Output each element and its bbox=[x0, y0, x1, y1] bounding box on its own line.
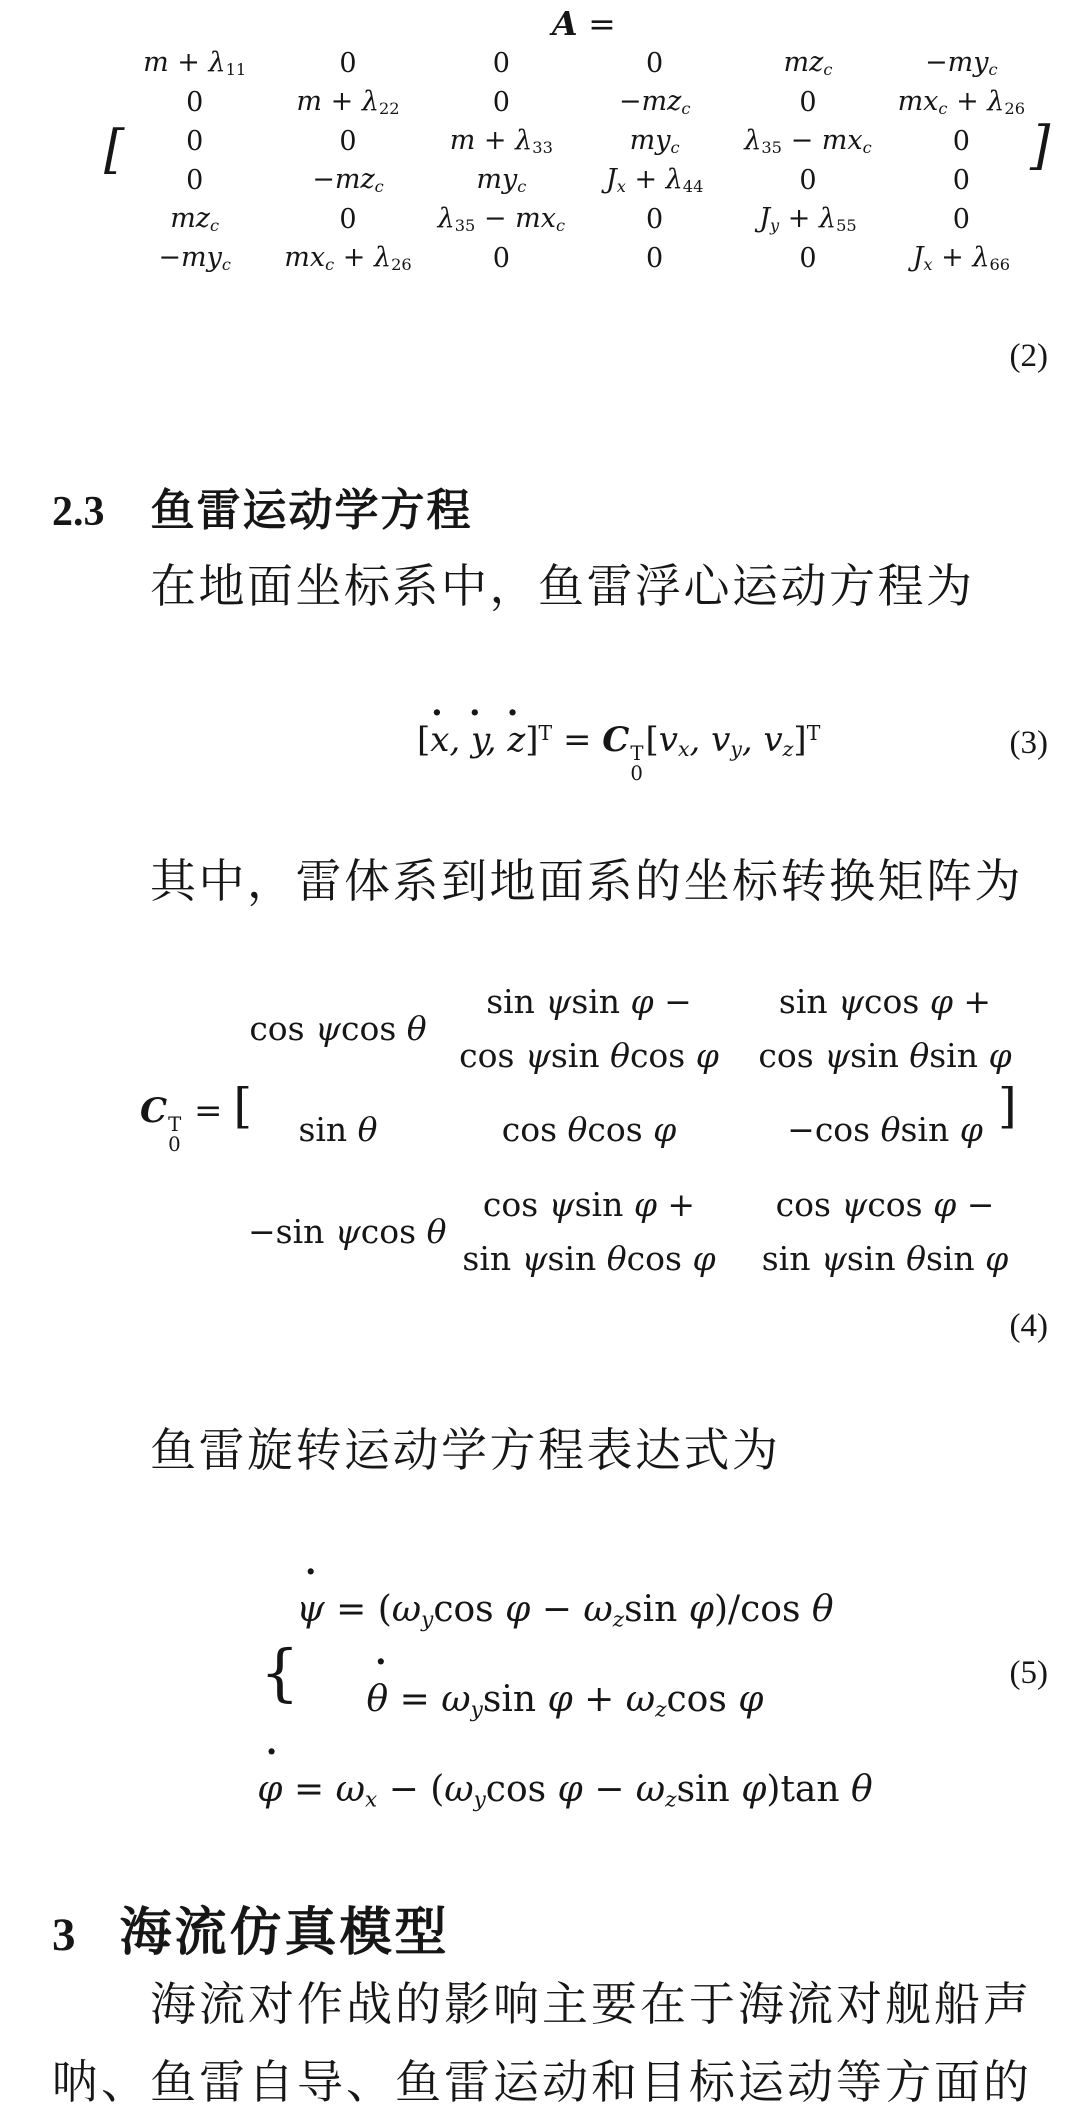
matrix-cell: 0 bbox=[271, 204, 424, 235]
matrix-C-right-bracket: ] bbox=[998, 1078, 1017, 1134]
matrix-cell: 0 bbox=[885, 126, 1038, 157]
zero-subscript: 0 bbox=[168, 1135, 181, 1155]
matrix-row: 00m + λ33mycλ35 − mxc0 bbox=[118, 122, 1038, 161]
derivative-dot: · bbox=[375, 1640, 388, 1684]
section-heading-2-3: 2.3鱼雷运动学方程 bbox=[52, 474, 473, 538]
matrix-cell: 0 bbox=[271, 48, 424, 79]
paper-page: A = [ m + λ11000mzc−myc0m + λ220−mzc0mxc… bbox=[0, 0, 1080, 2118]
matrix-cell: Jx + λ44 bbox=[578, 164, 731, 196]
matrix-cell: 0 bbox=[118, 87, 271, 118]
matrix-cell: sin ψcos φ +cos ψsin θsin φ bbox=[750, 970, 1020, 1088]
derivative-dots: ··· bbox=[431, 693, 545, 733]
paragraph-rotation-intro: 鱼雷旋转运动学方程表达式为 bbox=[150, 1414, 781, 1480]
matrix-cell: cos ψcos θ bbox=[248, 970, 428, 1088]
matrix-cell: mzc bbox=[731, 47, 884, 79]
equation-2-lhs: A = bbox=[552, 4, 616, 43]
matrix-cell: myc bbox=[578, 125, 731, 157]
matrix-row: m + λ11000mzc−myc bbox=[118, 44, 1038, 83]
section-heading-3: 3海流仿真模型 bbox=[52, 1890, 450, 1965]
matrix-cell: cos ψcos φ −sin ψsin θsin φ bbox=[750, 1172, 1020, 1292]
paragraph-current-impact-line1: 海流对作战的影响主要在于海流对舰船声 bbox=[150, 1968, 1032, 2034]
matrix-cell: m + λ11 bbox=[118, 47, 271, 79]
matrix-cell: 0 bbox=[578, 243, 731, 274]
matrix-cell: −mzc bbox=[578, 86, 731, 118]
C-matrix-symbol: C bbox=[140, 1091, 167, 1131]
derivative-dot: · bbox=[265, 1730, 278, 1774]
equation-4-label: (4) bbox=[1010, 1308, 1048, 1345]
matrix-cell: 0 bbox=[731, 243, 884, 274]
matrix-cell: −myc bbox=[885, 47, 1038, 79]
matrix-cell: mzc bbox=[118, 203, 271, 235]
equation-5-label: (5) bbox=[1010, 1655, 1048, 1692]
matrix-cell: 0 bbox=[271, 126, 424, 157]
phi-equation: φ = ωx − (ωycos φ − ωzsin φ)tan θ bbox=[257, 1769, 872, 1810]
matrix-cell: −sin ψcos θ bbox=[248, 1172, 428, 1292]
matrix-A-symbol: A bbox=[552, 4, 578, 43]
matrix-cell: 0 bbox=[425, 48, 578, 79]
matrix-cell: sin ψsin φ −cos ψsin θcos φ bbox=[443, 970, 735, 1088]
matrix-C-grid: cos ψcos θ sin ψsin φ −cos ψsin θcos φ s… bbox=[248, 970, 1020, 1292]
C-matrix-scripts: T0 bbox=[168, 1115, 181, 1154]
matrix-cell: 0 bbox=[578, 204, 731, 235]
section-2-3-title: 鱼雷运动学方程 bbox=[151, 486, 473, 535]
matrix-cell: cos θcos φ bbox=[443, 1088, 735, 1172]
matrix-cell: 0 bbox=[885, 165, 1038, 196]
matrix-cell: 0 bbox=[425, 243, 578, 274]
equals-sign: = bbox=[588, 4, 616, 43]
section-3-title: 海流仿真模型 bbox=[120, 1905, 450, 1962]
matrix-cell: sin θ bbox=[248, 1088, 428, 1172]
matrix-A-right-bracket: ] bbox=[1030, 120, 1050, 172]
paragraph-current-impact-line2: 呐、鱼雷自导、鱼雷运动和目标运动等方面的 bbox=[52, 2046, 1032, 2112]
zero-subscript: 0 bbox=[630, 764, 643, 784]
matrix-cell: mxc + λ26 bbox=[885, 86, 1038, 118]
matrix-cell: 0 bbox=[885, 204, 1038, 235]
section-2-3-number: 2.3 bbox=[52, 489, 105, 535]
matrix-row: 0−mzcmycJx + λ4400 bbox=[118, 161, 1038, 200]
equation-3-label: (3) bbox=[1010, 725, 1048, 762]
matrix-cell: Jy + λ55 bbox=[731, 203, 884, 235]
matrix-cell: 0 bbox=[118, 126, 271, 157]
matrix-cell: m + λ22 bbox=[271, 86, 424, 118]
matrix-cell: 0 bbox=[731, 87, 884, 118]
transpose-superscript: T bbox=[630, 744, 643, 764]
matrix-cell: 0 bbox=[425, 87, 578, 118]
equation-3: ···[x, y, z]T = CT0[vx, vy, vz]T bbox=[417, 720, 820, 783]
matrix-cell: 0 bbox=[731, 165, 884, 196]
paragraph-kinematics-intro: 在地面坐标系中，鱼雷浮心运动方程为 bbox=[150, 550, 975, 616]
matrix-cell: λ35 − mxc bbox=[425, 203, 578, 235]
C-matrix-symbol: C bbox=[602, 720, 629, 760]
matrix-cell: mxc + λ26 bbox=[271, 242, 424, 274]
matrix-A-rows: m + λ11000mzc−myc0m + λ220−mzc0mxc + λ26… bbox=[118, 44, 1038, 278]
matrix-row: −mycmxc + λ26000Jx + λ66 bbox=[118, 239, 1038, 278]
matrix-cell: cos ψsin φ +sin ψsin θcos φ bbox=[443, 1172, 735, 1292]
equation-4-lhs: CT0 = [ bbox=[140, 1082, 252, 1154]
matrix-row: mzc0λ35 − mxc0Jy + λ550 bbox=[118, 200, 1038, 239]
paragraph-transform-intro: 其中，雷体系到地面系的坐标转换矩阵为 bbox=[150, 845, 1023, 911]
psi-equation: ψ = (ωycos φ − ωzsin φ)/cos θ bbox=[296, 1589, 833, 1630]
equals-sign: = bbox=[194, 1091, 223, 1131]
theta-equation: θ = ωysin φ + ωzcos φ bbox=[367, 1679, 764, 1720]
matrix-cell: λ35 − mxc bbox=[731, 125, 884, 157]
section-3-number: 3 bbox=[52, 1909, 76, 1961]
matrix-cell: 0 bbox=[578, 48, 731, 79]
derivative-dot: · bbox=[304, 1550, 317, 1594]
C-matrix-scripts: T0 bbox=[630, 744, 643, 783]
matrix-cell: myc bbox=[425, 164, 578, 196]
equation-5-line-psi: ·ψ = (ωycos φ − ωzsin φ)/cos θ bbox=[50, 1588, 1080, 1632]
equation-3-rhs: [vx, vy, vz]T bbox=[646, 720, 821, 760]
equation-5-line-phi: ·φ = ωx − (ωycos φ − ωzsin φ)tan θ bbox=[50, 1768, 1080, 1812]
equation-5-line-theta: ·θ = ωysin φ + ωzcos φ bbox=[50, 1678, 1080, 1722]
equation-2-label: (2) bbox=[1010, 338, 1048, 375]
matrix-cell: 0 bbox=[118, 165, 271, 196]
matrix-cell: −cos θsin φ bbox=[750, 1088, 1020, 1172]
transpose-superscript: T bbox=[168, 1115, 181, 1135]
matrix-cell: −mzc bbox=[271, 164, 424, 196]
matrix-row: 0m + λ220−mzc0mxc + λ26 bbox=[118, 83, 1038, 122]
matrix-cell: −myc bbox=[118, 242, 271, 274]
matrix-cell: m + λ33 bbox=[425, 125, 578, 157]
matrix-cell: Jx + λ66 bbox=[885, 242, 1038, 274]
